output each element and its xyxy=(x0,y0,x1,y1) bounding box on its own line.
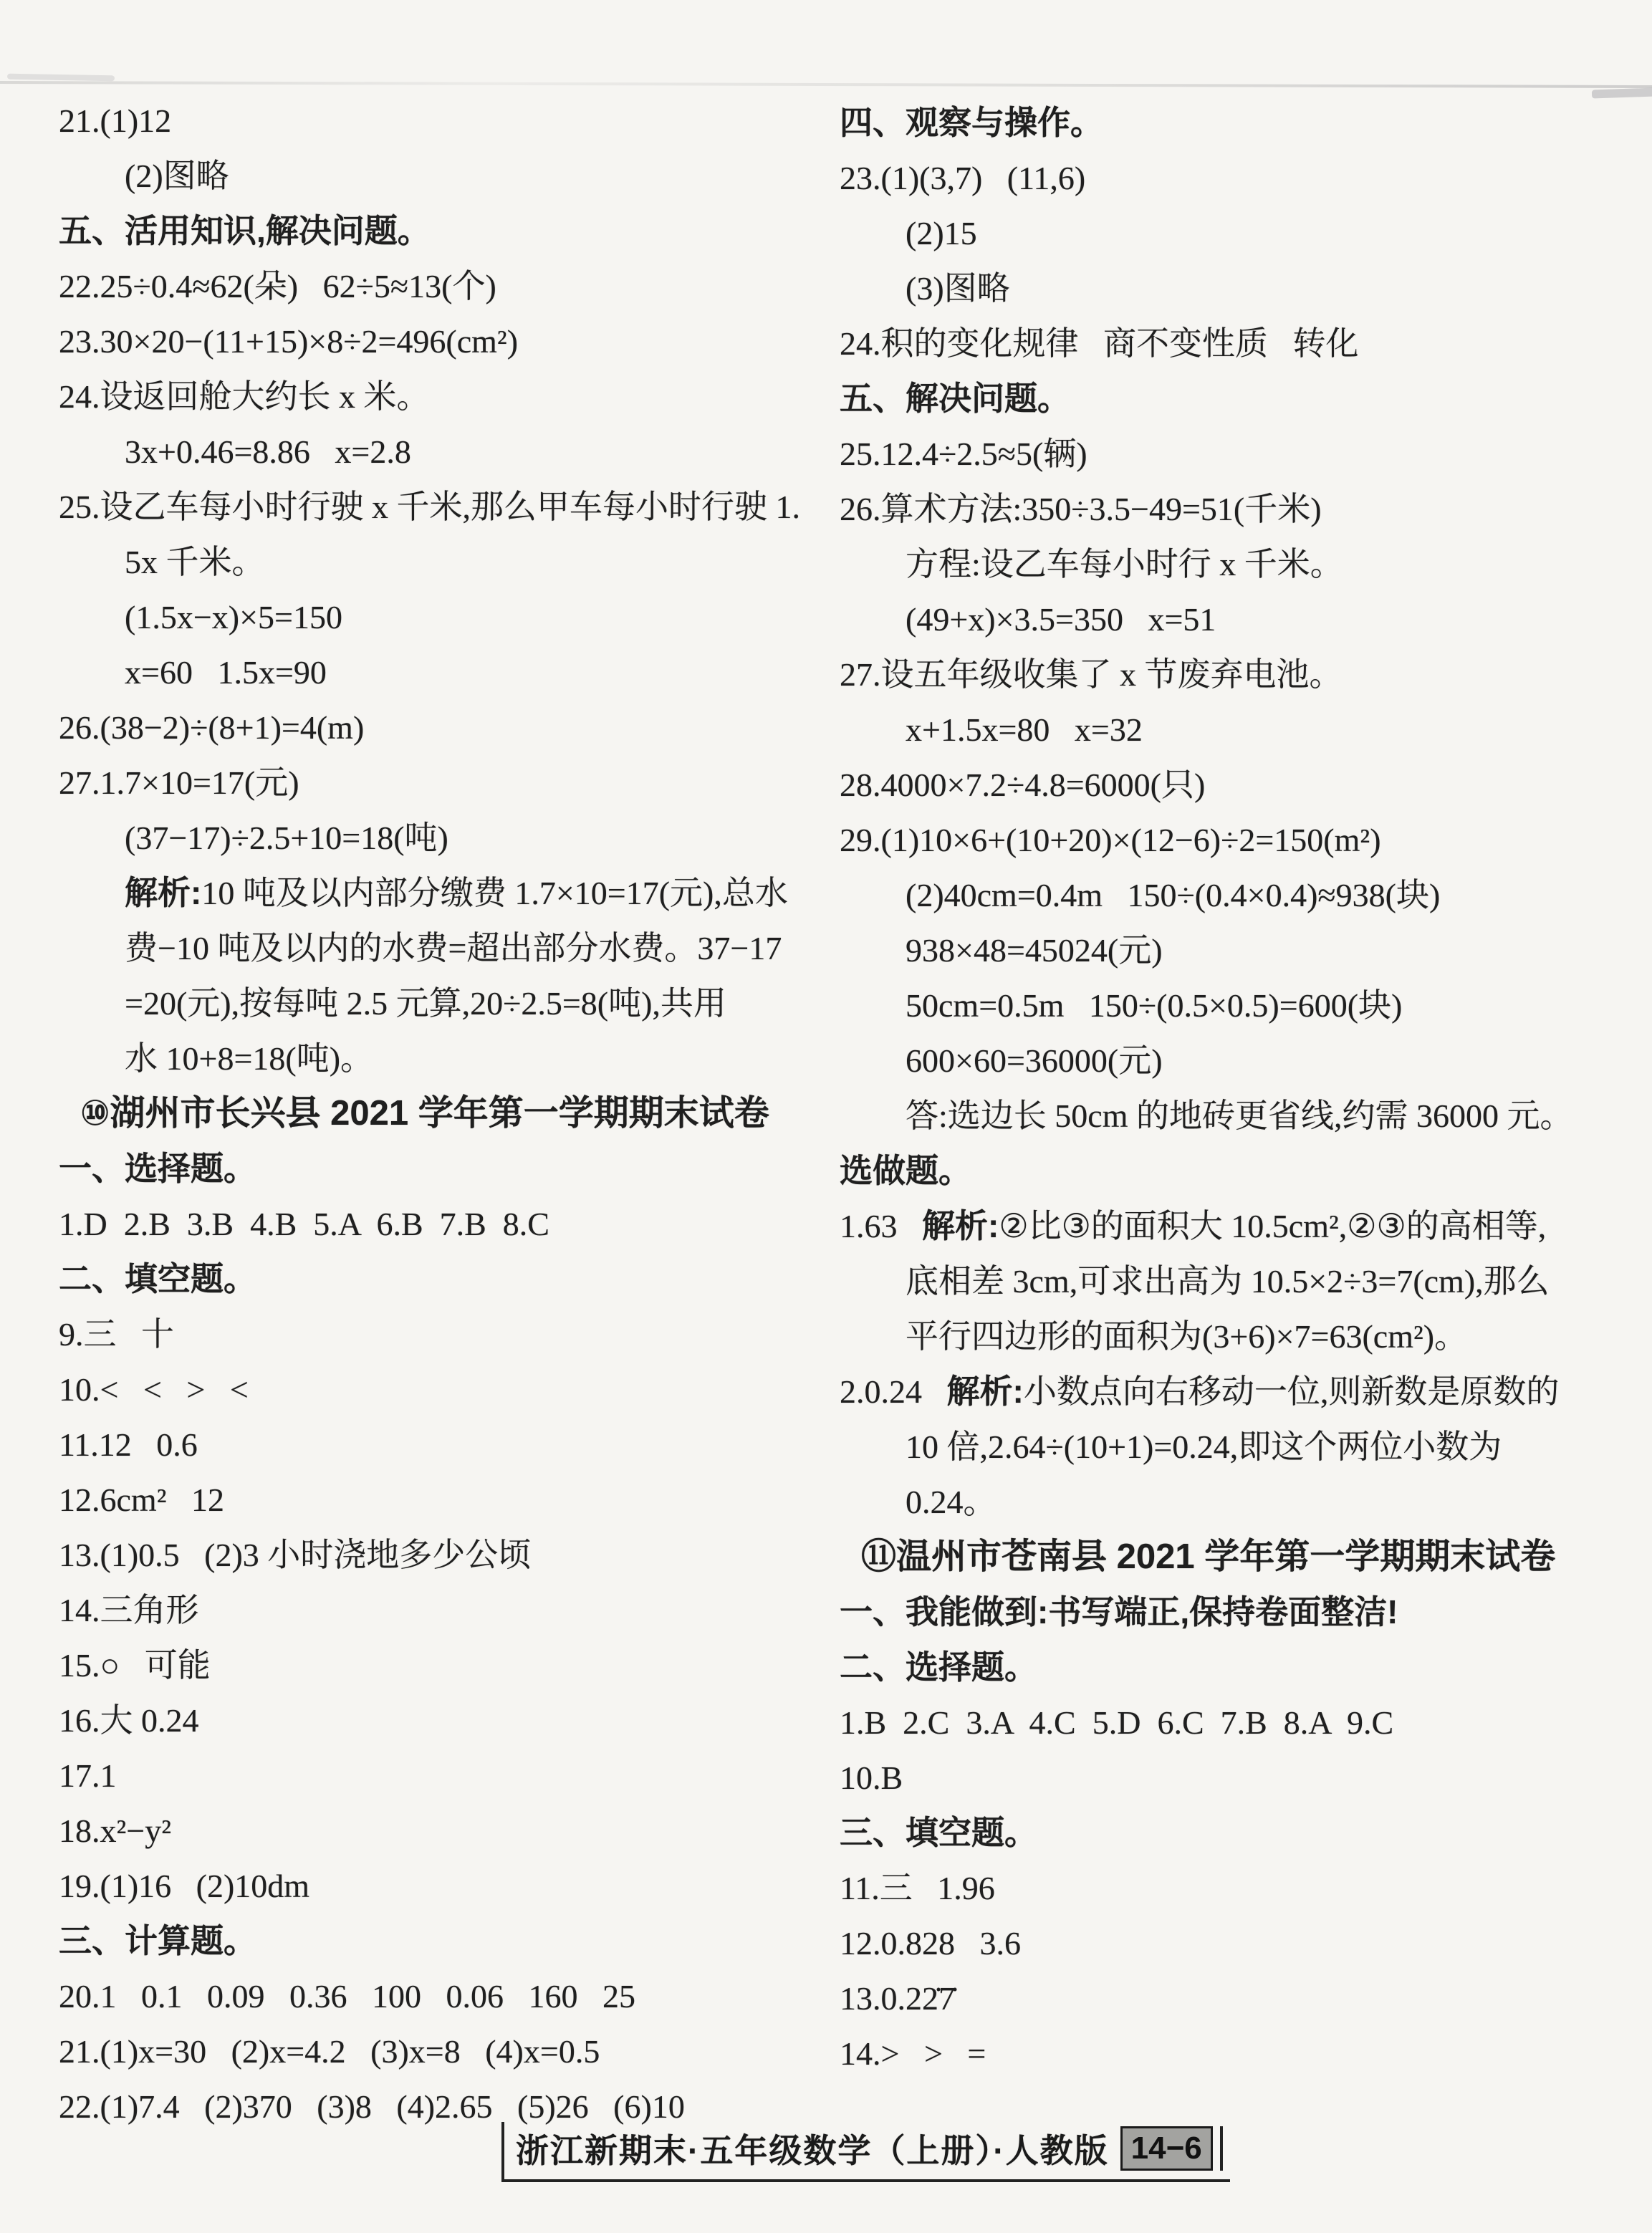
answer-text: 1.63 xyxy=(840,1208,922,1244)
answer-line: 11.三 1.96 xyxy=(840,1860,1599,1916)
answer-line: 21.(1)x=30 (2)x=4.2 (3)x=8 (4)x=0.5 xyxy=(59,2024,818,2079)
footer-series-label: 浙江新期末·五年级数学（上册）·人教版 xyxy=(516,2125,1109,2172)
answer-line: 600×60=36000(元) xyxy=(840,1033,1599,1088)
footer-page-badge: 14−6 xyxy=(1120,2126,1213,2171)
answer-text: 17.1 xyxy=(59,1757,117,1794)
emphasis-text: 解析: xyxy=(947,1373,1024,1410)
answer-text: 24.设返回舱大约长 x 米。 xyxy=(59,378,430,415)
answer-line: 938×48=45024(元) xyxy=(840,923,1599,978)
footer-rule xyxy=(1220,2126,1223,2171)
answer-text: (2)15 xyxy=(906,215,977,251)
answer-line: 13.0.22̇7̇ xyxy=(840,1971,1599,2026)
answer-line: 29.(1)10×6+(10+20)×(12−6)÷2=150(m²) xyxy=(840,812,1599,868)
answer-line: 0.24。 xyxy=(840,1474,1599,1530)
answer-line: (2)图略 xyxy=(59,148,818,203)
answer-text: 24.积的变化规律 商不变性质 转化 xyxy=(840,325,1359,362)
answer-line: (49+x)×3.5=350 x=51 xyxy=(840,592,1599,647)
answer-text: 50cm=0.5m 150÷(0.5×0.5)=600(块) xyxy=(906,987,1402,1024)
answer-text: 28.4000×7.2÷4.8=6000(只) xyxy=(840,767,1205,803)
answer-text: 27.1.7×10=17(元) xyxy=(59,764,299,801)
answer-text: (1.5x−x)×5=150 xyxy=(125,599,342,635)
answer-line: 12.6cm² 12 xyxy=(59,1472,818,1527)
question-section-heading: 二、填空题。 xyxy=(59,1252,818,1307)
answer-text: 2.0.24 xyxy=(840,1373,947,1410)
answer-text: 21.(1)x=30 (2)x=4.2 (3)x=8 (4)x=0.5 xyxy=(59,2033,600,2070)
answer-line: 费−10 吨及以内的水费=超出部分水费。37−17 xyxy=(59,921,818,976)
question-section-heading: 四、观察与操作。 xyxy=(840,95,1599,150)
question-section-heading: 五、解决问题。 xyxy=(840,371,1599,426)
answer-text: 14.> > = xyxy=(840,2035,986,2072)
answer-line: (3)图略 xyxy=(840,261,1599,316)
answer-text: 21.(1)12 xyxy=(59,102,171,139)
answer-line: (37−17)÷2.5+10=18(吨) xyxy=(59,810,818,865)
emphasis-text: 解析: xyxy=(125,874,201,911)
answer-text: (37−17)÷2.5+10=18(吨) xyxy=(125,820,448,856)
answer-line: 10 倍,2.64÷(10+1)=0.24,即这个两位小数为 xyxy=(840,1419,1599,1474)
answer-line: (1.5x−x)×5=150 xyxy=(59,590,818,645)
answer-line: 14.三角形 xyxy=(59,1583,818,1638)
question-section-heading: 三、填空题。 xyxy=(840,1805,1599,1860)
answer-text: 小数点向右移动一位,则新数是原数的 xyxy=(1024,1373,1560,1410)
answer-key-page: 21.(1)12(2)图略五、活用知识,解决问题。22.25÷0.4≈62(朵)… xyxy=(0,0,1652,2233)
answer-line: 5x 千米。 xyxy=(59,534,818,590)
answer-text: 600×60=36000(元) xyxy=(906,1042,1163,1079)
answer-text: 22.25÷0.4≈62(朵) 62÷5≈13(个) xyxy=(59,268,496,304)
answer-line: 23.30×20−(11+15)×8÷2=496(cm²) xyxy=(59,314,818,369)
question-section-heading: 选做题。 xyxy=(840,1143,1599,1199)
answer-line: 10.B xyxy=(840,1750,1599,1805)
answer-line: 16.大 0.24 xyxy=(59,1693,818,1748)
answer-text: ②比③的面积大 10.5cm²,②③的高相等, xyxy=(999,1208,1546,1244)
answer-line: 19.(1)16 (2)10dm xyxy=(59,1858,818,1913)
answer-line: 14.> > = xyxy=(840,2026,1599,2081)
emphasis-text: 五、活用知识,解决问题。 xyxy=(59,212,431,249)
question-section-heading: 三、计算题。 xyxy=(59,1913,818,1969)
answer-line: 23.(1)(3,7) (11,6) xyxy=(840,150,1599,206)
answer-line: 解析:10 吨及以内部分缴费 1.7×10=17(元),总水 xyxy=(59,865,818,921)
answer-line: 平行四边形的面积为(3+6)×7=63(cm²)。 xyxy=(840,1309,1599,1364)
answer-line: 10.< < > < xyxy=(59,1362,818,1417)
emphasis-text: 三、计算题。 xyxy=(59,1922,256,1959)
answer-line: 20.1 0.1 0.09 0.36 100 0.06 160 25 xyxy=(59,1969,818,2024)
answer-text: x+1.5x=80 x=32 xyxy=(906,711,1143,748)
answer-line: 17.1 xyxy=(59,1748,818,1803)
answer-line: 方程:设乙车每小时行 x 千米。 xyxy=(840,537,1599,592)
answer-text: 22.(1)7.4 (2)370 (3)8 (4)2.65 (5)26 (6)1… xyxy=(59,2088,685,2125)
answer-text: 18.x²−y² xyxy=(59,1812,171,1849)
answer-text: 29.(1)10×6+(10+20)×(12−6)÷2=150(m²) xyxy=(840,822,1381,858)
scan-crease-line xyxy=(0,81,1652,88)
answer-text: 20.1 0.1 0.09 0.36 100 0.06 160 25 xyxy=(59,1978,635,2014)
emphasis-text: 五、解决问题。 xyxy=(840,380,1070,417)
answer-text: 5x 千米。 xyxy=(125,544,265,580)
emphasis-text: 四、观察与操作。 xyxy=(840,104,1103,141)
left-column: 21.(1)12(2)图略五、活用知识,解决问题。22.25÷0.4≈62(朵)… xyxy=(59,93,818,2134)
answer-text: 25.设乙车每小时行驶 x 千米,那么甲车每小时行驶 1. xyxy=(59,489,800,525)
exam-section-title: ⑩湖州市长兴县 2021 学年第一学期期末试卷 xyxy=(59,1086,818,1141)
answer-text: 11.三 1.96 xyxy=(840,1870,995,1906)
answer-text: 方程:设乙车每小时行 x 千米。 xyxy=(906,546,1343,582)
answer-text: 23.30×20−(11+15)×8÷2=496(cm²) xyxy=(59,323,518,360)
answer-line: 18.x²−y² xyxy=(59,1803,818,1858)
answer-text: (3)图略 xyxy=(906,270,1010,307)
answer-text: 26.(38−2)÷(8+1)=4(m) xyxy=(59,709,364,746)
answer-text: =20(元),按每吨 2.5 元算,20÷2.5=8(吨),共用 xyxy=(125,985,726,1022)
answer-line: 24.设返回舱大约长 x 米。 xyxy=(59,369,818,424)
answer-text: 14.三角形 xyxy=(59,1592,199,1628)
emphasis-text: ⑩湖州市长兴县 2021 学年第一学期期末试卷 xyxy=(80,1094,769,1133)
answer-text: (2)40cm=0.4m 150÷(0.4×0.4)≈938(块) xyxy=(906,877,1440,913)
answer-line: 2.0.24 解析:小数点向右移动一位,则新数是原数的 xyxy=(840,1364,1599,1419)
answer-text: 费−10 吨及以内的水费=超出部分水费。37−17 xyxy=(125,930,782,966)
right-column: 四、观察与操作。23.(1)(3,7) (11,6)(2)15(3)图略24.积… xyxy=(840,95,1599,2081)
answer-line: 27.1.7×10=17(元) xyxy=(59,755,818,810)
emphasis-text: 二、选择题。 xyxy=(840,1648,1037,1686)
answer-text: 16.大 0.24 xyxy=(59,1702,199,1739)
emphasis-text: 一、选择题。 xyxy=(59,1150,256,1187)
answer-text: 水 10+8=18(吨)。 xyxy=(125,1040,373,1077)
answer-line: (2)40cm=0.4m 150÷(0.4×0.4)≈938(块) xyxy=(840,868,1599,923)
answer-line: 27.设五年级收集了 x 节废弃电池。 xyxy=(840,647,1599,702)
emphasis-text: 一、我能做到:书写端正,保持卷面整洁! xyxy=(840,1593,1398,1631)
answer-line: =20(元),按每吨 2.5 元算,20÷2.5=8(吨),共用 xyxy=(59,976,818,1031)
answer-line: 50cm=0.5m 150÷(0.5×0.5)=600(块) xyxy=(840,978,1599,1033)
answer-text: 15.○ 可能 xyxy=(59,1647,211,1684)
answer-text: 1.B 2.C 3.A 4.C 5.D 6.C 7.B 8.A 9.C xyxy=(840,1704,1393,1741)
answer-line: 21.(1)12 xyxy=(59,93,818,148)
answer-line: 26.算术方法:350÷3.5−49=51(千米) xyxy=(840,481,1599,537)
answer-line: 24.积的变化规律 商不变性质 转化 xyxy=(840,316,1599,371)
emphasis-text: 三、填空题。 xyxy=(840,1814,1037,1851)
answer-text: 1.D 2.B 3.B 4.B 5.A 6.B 7.B 8.C xyxy=(59,1206,549,1242)
answer-line: 13.(1)0.5 (2)3 小时浇地多少公顷 xyxy=(59,1527,818,1583)
answer-line: 1.D 2.B 3.B 4.B 5.A 6.B 7.B 8.C xyxy=(59,1196,818,1252)
answer-line: 28.4000×7.2÷4.8=6000(只) xyxy=(840,757,1599,812)
answer-text: 12.6cm² 12 xyxy=(59,1482,224,1518)
answer-text: 938×48=45024(元) xyxy=(906,932,1163,969)
answer-text: 11.12 0.6 xyxy=(59,1426,198,1463)
answer-line: 15.○ 可能 xyxy=(59,1638,818,1693)
answer-line: 25.12.4÷2.5≈5(辆) xyxy=(840,426,1599,481)
answer-text: 27.设五年级收集了 x 节废弃电池。 xyxy=(840,656,1343,693)
answer-line: 3x+0.46=8.86 x=2.8 xyxy=(59,424,818,479)
answer-text: 0.24。 xyxy=(906,1484,997,1520)
exam-section-title: ⑪温州市苍南县 2021 学年第一学期期末试卷 xyxy=(840,1530,1599,1585)
answer-text: (2)图略 xyxy=(125,158,229,194)
question-section-heading: 五、活用知识,解决问题。 xyxy=(59,203,818,259)
answer-text: 10.< < > < xyxy=(59,1371,249,1408)
answer-line: 9.三 十 xyxy=(59,1307,818,1362)
answer-line: 水 10+8=18(吨)。 xyxy=(59,1031,818,1086)
answer-line: 答:选边长 50cm 的地砖更省线,约需 36000 元。 xyxy=(840,1088,1599,1143)
answer-text: 10 倍,2.64÷(10+1)=0.24,即这个两位小数为 xyxy=(906,1428,1502,1465)
page-footer: 浙江新期末·五年级数学（上册）·人教版 14−6 xyxy=(501,2122,1230,2182)
answer-line: x=60 1.5x=90 xyxy=(59,645,818,700)
answer-text: 9.三 十 xyxy=(59,1316,174,1353)
answer-text: 13.0.22̇7̇ xyxy=(840,1980,955,2017)
question-section-heading: 一、选择题。 xyxy=(59,1141,818,1196)
answer-line: (2)15 xyxy=(840,206,1599,261)
answer-line: 1.B 2.C 3.A 4.C 5.D 6.C 7.B 8.A 9.C xyxy=(840,1695,1599,1750)
answer-line: x+1.5x=80 x=32 xyxy=(840,702,1599,757)
answer-text: 26.算术方法:350÷3.5−49=51(千米) xyxy=(840,491,1322,527)
answer-text: 10.B xyxy=(840,1759,903,1796)
answer-line: 25.设乙车每小时行驶 x 千米,那么甲车每小时行驶 1. xyxy=(59,479,818,534)
answer-text: x=60 1.5x=90 xyxy=(125,654,327,691)
question-section-heading: 二、选择题。 xyxy=(840,1640,1599,1695)
scan-smudge-left xyxy=(7,74,115,82)
answer-text: 平行四边形的面积为(3+6)×7=63(cm²)。 xyxy=(906,1318,1467,1355)
emphasis-text: 解析: xyxy=(922,1207,999,1244)
answer-text: (49+x)×3.5=350 x=51 xyxy=(906,601,1216,638)
answer-line: 26.(38−2)÷(8+1)=4(m) xyxy=(59,700,818,755)
answer-line: 底相差 3cm,可求出高为 10.5×2÷3=7(cm),那么 xyxy=(840,1254,1599,1309)
emphasis-text: 选做题。 xyxy=(840,1152,971,1189)
answer-text: 12.0.828 3.6 xyxy=(840,1925,1021,1961)
answer-line: 22.25÷0.4≈62(朵) 62÷5≈13(个) xyxy=(59,259,818,314)
answer-text: 25.12.4÷2.5≈5(辆) xyxy=(840,436,1087,472)
scan-smudge-right xyxy=(1592,87,1652,98)
answer-text: 23.(1)(3,7) (11,6) xyxy=(840,160,1085,196)
answer-text: 答:选边长 50cm 的地砖更省线,约需 36000 元。 xyxy=(906,1098,1572,1134)
question-section-heading: 一、我能做到:书写端正,保持卷面整洁! xyxy=(840,1585,1599,1640)
emphasis-text: ⑪温州市苍南县 2021 学年第一学期期末试卷 xyxy=(861,1537,1555,1576)
answer-text: 13.(1)0.5 (2)3 小时浇地多少公顷 xyxy=(59,1537,531,1573)
answer-text: 19.(1)16 (2)10dm xyxy=(59,1868,309,1904)
emphasis-text: 二、填空题。 xyxy=(59,1260,256,1297)
answer-line: 1.63 解析:②比③的面积大 10.5cm²,②③的高相等, xyxy=(840,1199,1599,1254)
answer-line: 11.12 0.6 xyxy=(59,1417,818,1472)
answer-line: 12.0.828 3.6 xyxy=(840,1916,1599,1971)
answer-text: 10 吨及以内部分缴费 1.7×10=17(元),总水 xyxy=(201,875,788,911)
answer-text: 3x+0.46=8.86 x=2.8 xyxy=(125,433,411,470)
answer-text: 底相差 3cm,可求出高为 10.5×2÷3=7(cm),那么 xyxy=(906,1263,1550,1300)
